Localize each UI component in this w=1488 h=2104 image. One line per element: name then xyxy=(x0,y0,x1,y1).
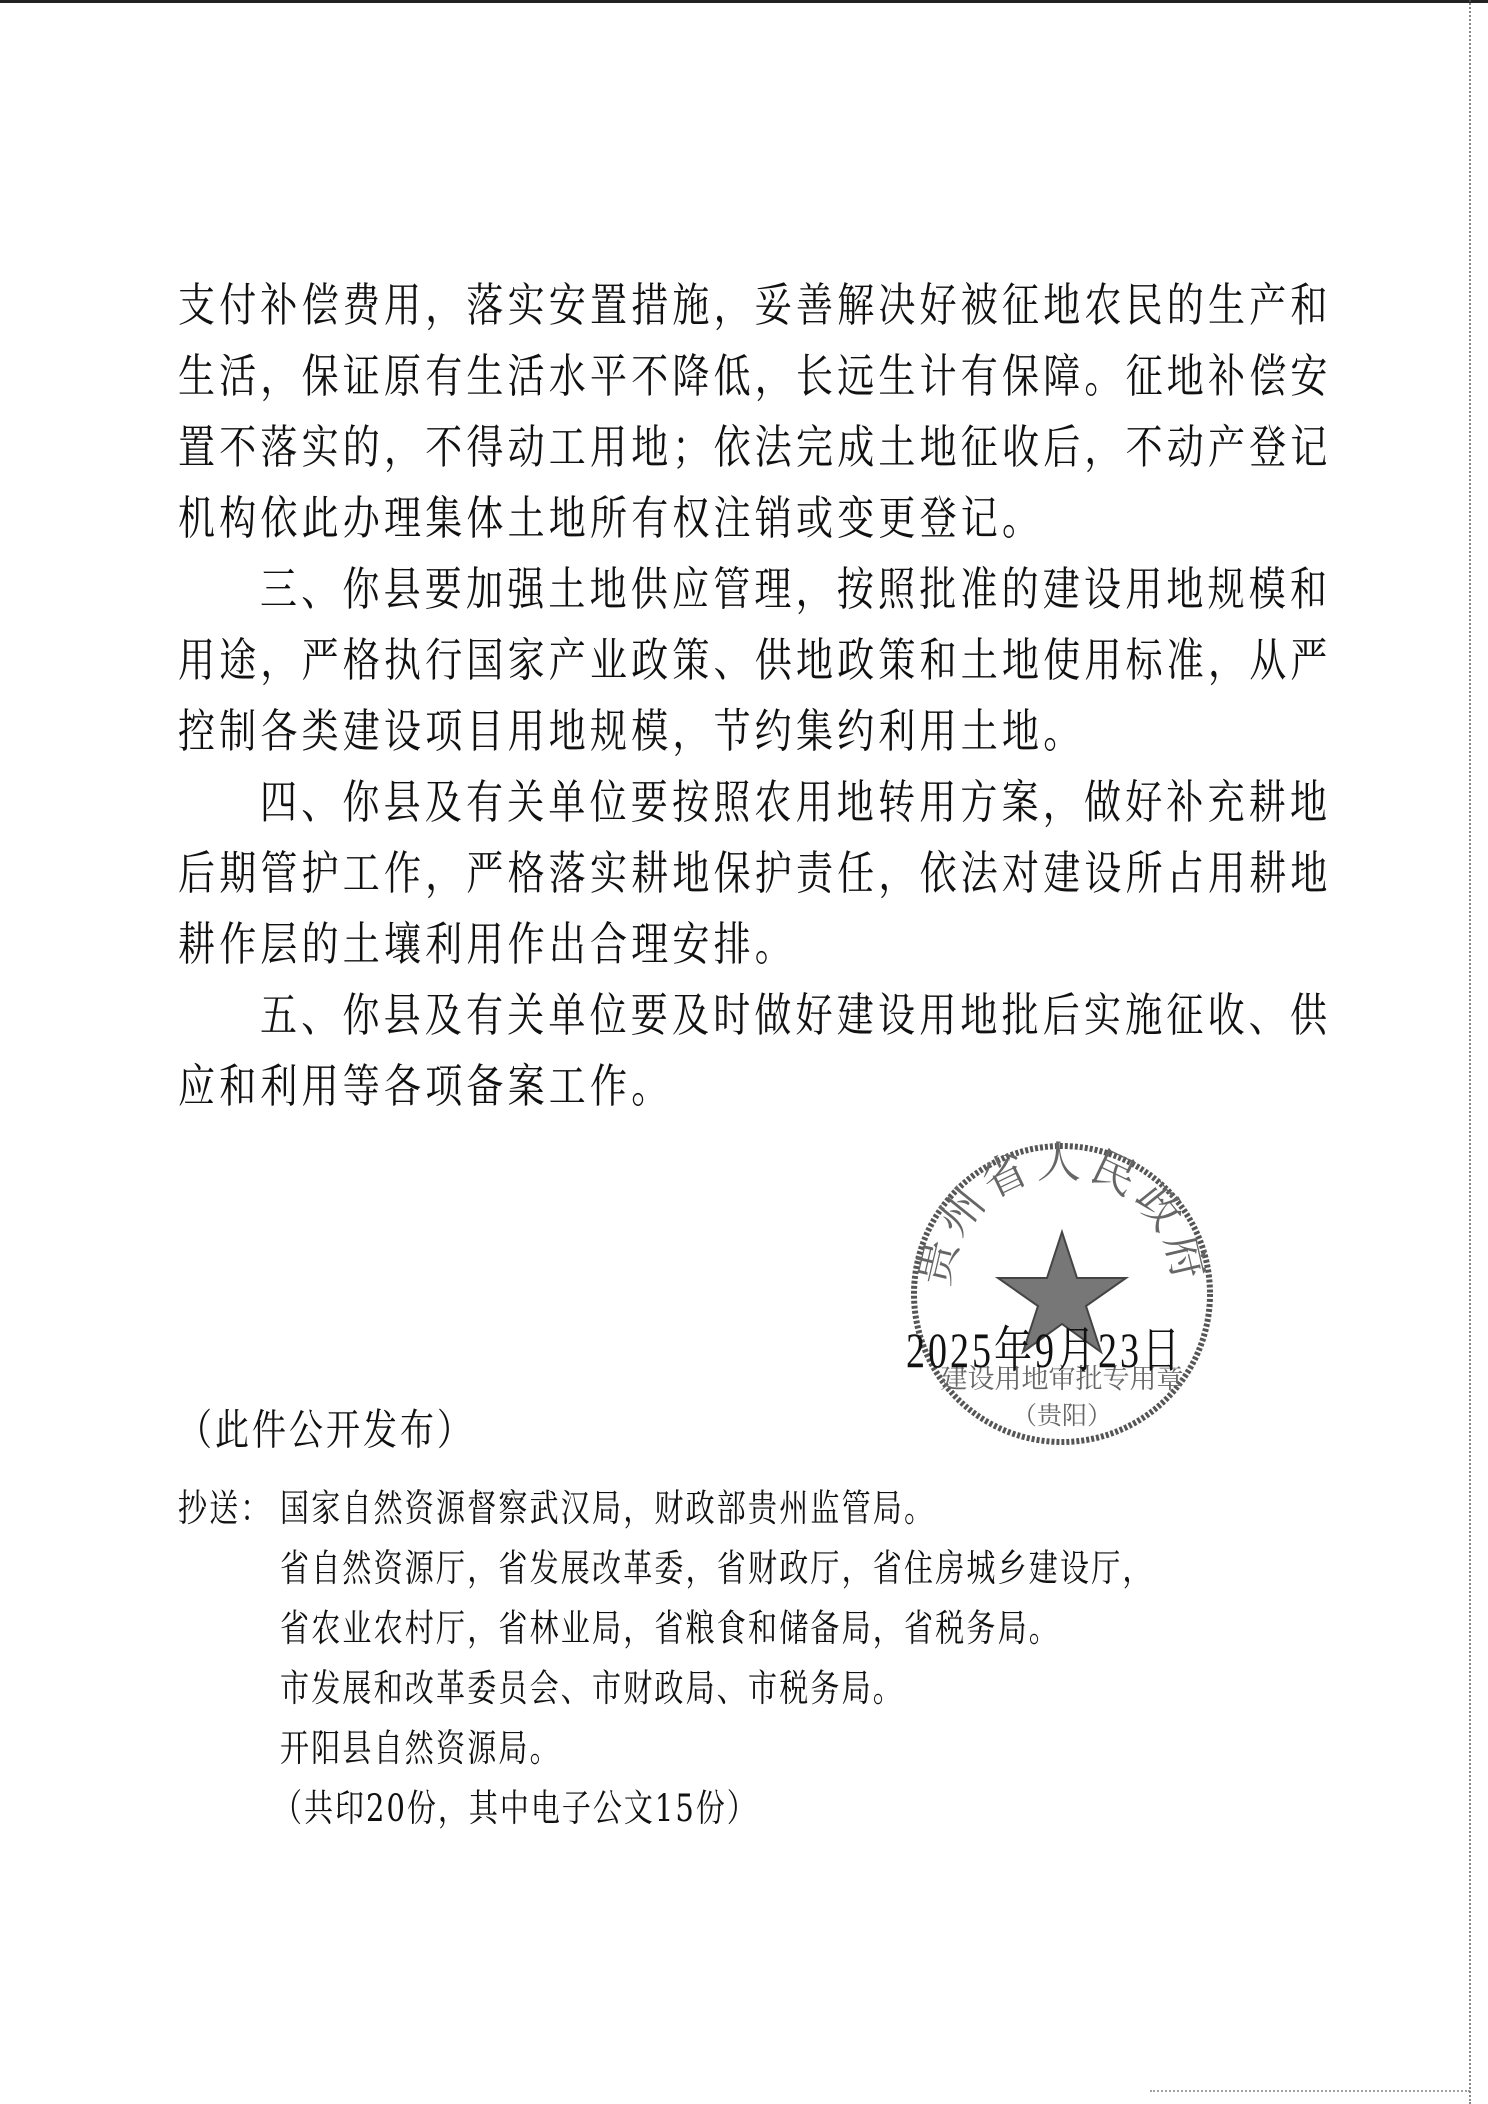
print-count: （共印20份，其中电子公文15份） xyxy=(178,1769,1298,1847)
cc-recipient: 国家自然资源督察武汉局，财政部贵州监管局。 xyxy=(280,1486,935,1530)
document-page: 支付补偿费用，落实安置措施，妥善解决好被征地农民的生产和 生活，保证原有生活水平… xyxy=(0,0,1488,2104)
scan-top-border xyxy=(0,0,1488,3)
body-line: 应和利用等各项备案工作。 xyxy=(178,1042,1288,1131)
cc-list: 抄送：国家自然资源督察武汉局，财政部贵州监管局。 省自然资源厅，省发展改革委，省… xyxy=(178,1478,1298,1838)
scan-bottom-edge xyxy=(1150,2090,1470,2092)
seal-sub-text: （贵阳） xyxy=(1012,1401,1112,1430)
public-release-note: （此件公开发布） xyxy=(178,1396,474,1457)
scan-right-edge xyxy=(1469,0,1471,2104)
official-seal: 贵州省人民政府 建设用地审批专用章 （贵阳） xyxy=(908,1140,1216,1448)
document-body: 支付补偿费用，落实安置措施，妥善解决好被征地农民的生产和 生活，保证原有生活水平… xyxy=(178,270,1288,1122)
issue-date: 2025年9月23日 xyxy=(906,1310,1183,1382)
